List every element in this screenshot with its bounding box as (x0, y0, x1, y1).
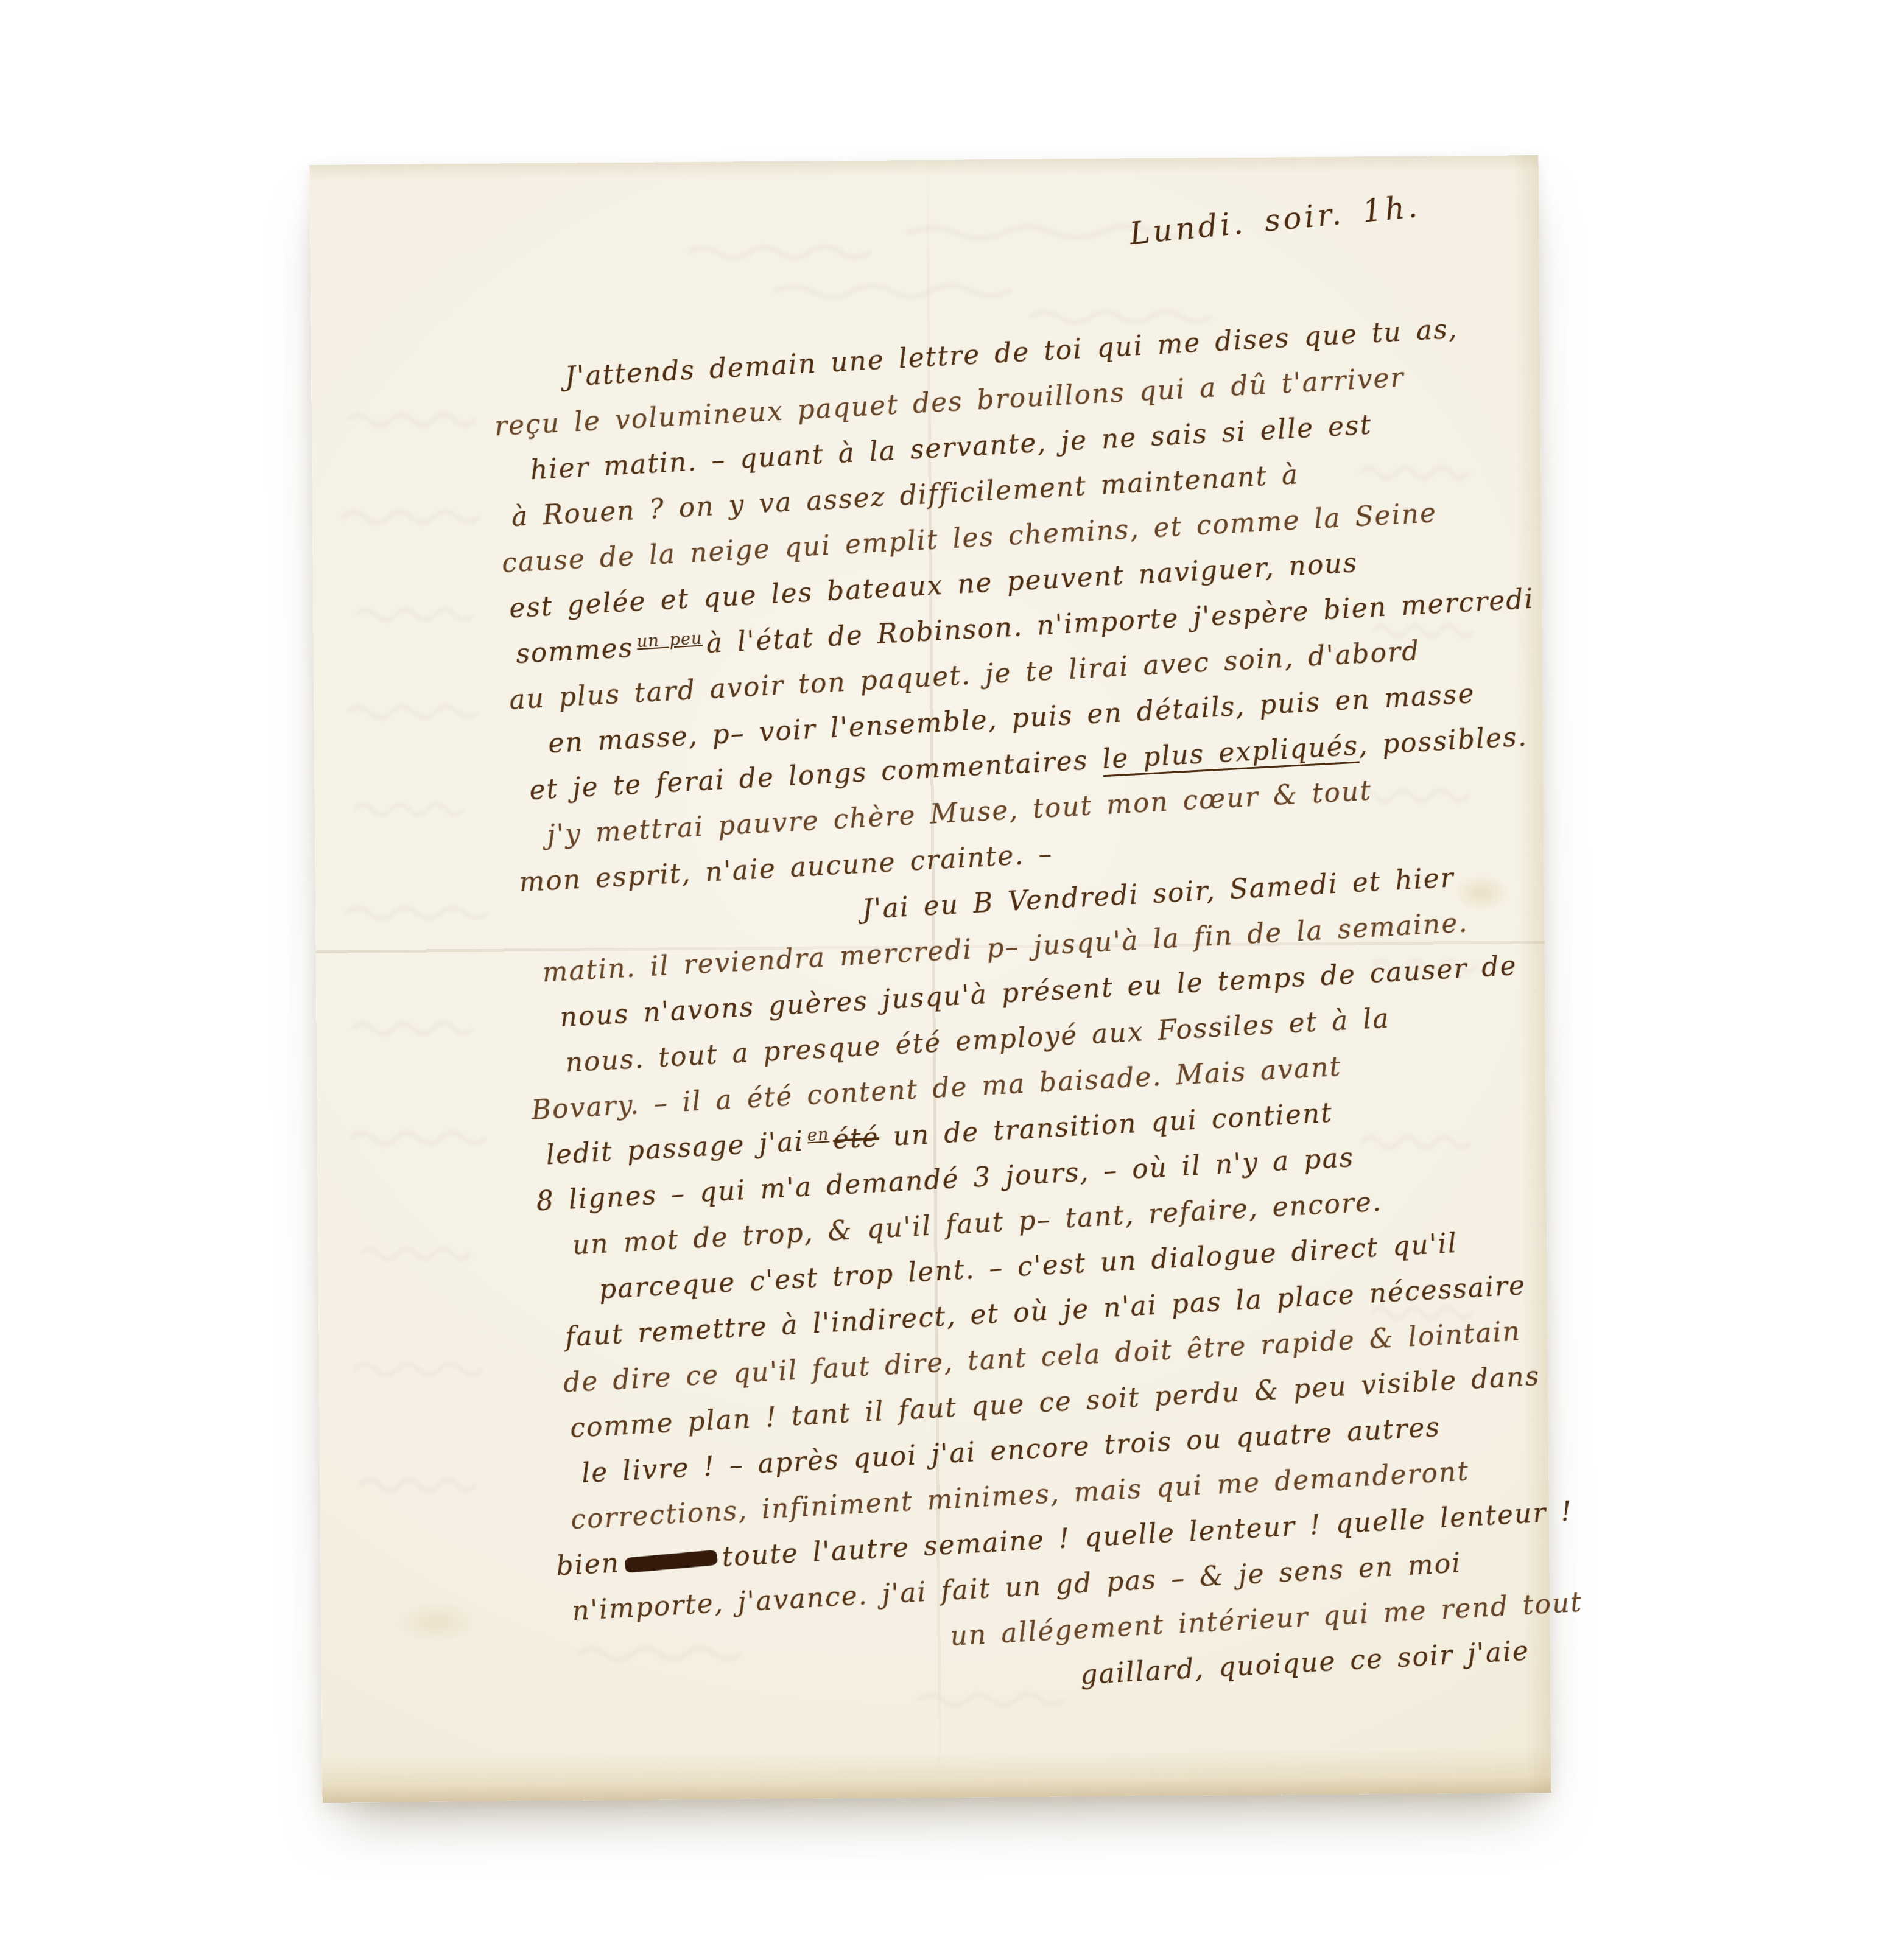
letter-text: , possibles. (1358, 721, 1528, 762)
letter-text: bien (555, 1547, 620, 1582)
letter-text: sommes (515, 632, 634, 670)
letter-body: J'attends demain une lettre de toi qui m… (491, 301, 1623, 1726)
interlinear-insertion: en (806, 1112, 831, 1159)
letter-sheet: Lundi. soir. 1h. J'attends demain une le… (309, 155, 1551, 1803)
paper-edge-shading (322, 1748, 1551, 1803)
ink-blot-redaction (624, 1550, 718, 1573)
foxing-stain (394, 1600, 480, 1644)
letter-text: ledit passage j'ai (546, 1126, 805, 1171)
photograph-background: { "colors": { "background": "#ffffff", "… (0, 0, 1904, 1948)
interlinear-insertion: un peu (636, 616, 704, 665)
letter-dateline: Lundi. soir. 1h. (1128, 189, 1422, 251)
struck-word: été (832, 1122, 880, 1155)
letter-text: le plus expliqués (1101, 730, 1360, 776)
paper-edge-shading (309, 155, 1538, 181)
